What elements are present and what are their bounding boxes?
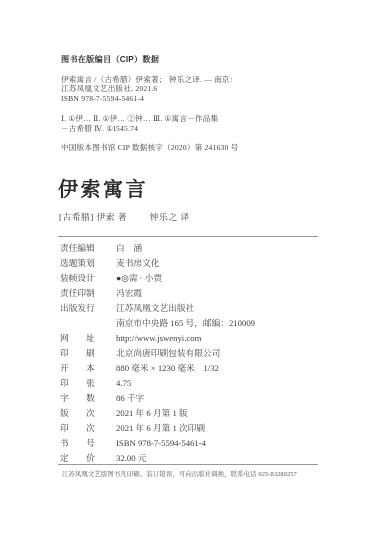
colophon-row-price: 定 价 32.00 元 (60, 450, 322, 465)
author-credit: [古希腊] 伊索 著 (59, 212, 127, 222)
colophon-row-format: 开 本 880 毫米 × 1230 毫米 1/32 (60, 360, 322, 375)
colophon-row-website: 网 址 http://www.jswenyi.com (60, 330, 322, 345)
colophon-row-label: 选题策划 (60, 257, 106, 269)
cip-line: ISBN 978-7-5594-5461-4 (61, 94, 325, 104)
colophon-row-value: http://www.jswenyi.com (116, 333, 201, 343)
colophon-row-value: 麦书房文化 (116, 257, 159, 269)
colophon-row-planning: 选题策划 麦书房文化 (60, 255, 322, 270)
colophon-row-value: ●◎需 · 小贾 (116, 272, 162, 284)
colophon-row-sheets: 印 张 4.75 (60, 375, 322, 390)
colophon-row-value: 2021 年 6 月第 1 次印刷 (116, 422, 205, 434)
cip-header: 图书在版编目（CIP）数据 (61, 55, 325, 65)
colophon-row-value: 白 涵 (116, 242, 142, 254)
colophon-row-value: ISBN 978-7-5594-5461-4 (116, 438, 206, 448)
cip-record-number: 中国版本图书馆 CIP 数据核字（2020）第 241630 号 (61, 143, 325, 153)
colophon-row-print-supervisor: 责任印制 冯宏霞 (60, 285, 322, 300)
colophon-row-printer: 印 刷 北京尚唐印刷包装有限公司 (60, 345, 322, 360)
colophon-row-wordcount: 字 数 86 千字 (60, 390, 322, 405)
cip-classification-line: －古希腊 Ⅳ. ①I545.74 (61, 124, 325, 134)
cip-classification: Ⅰ. ①伊… Ⅱ. ①伊… ②钟… Ⅲ. ①寓言－作品集 －古希腊 Ⅳ. ①I5… (61, 114, 325, 133)
divider-top (58, 236, 318, 237)
colophon-row-label: 版 次 (60, 407, 106, 419)
byline: [古希腊] 伊索 著 钟乐之 译 (59, 210, 190, 223)
colophon-row-value: 880 毫米 × 1230 毫米 1/32 (116, 362, 219, 374)
colophon-row-label: 印 刷 (60, 347, 106, 359)
colophon-row-value: 2021 年 6 月第 1 版 (116, 407, 188, 419)
colophon-row-isbn: 书 号 ISBN 978-7-5594-5461-4 (60, 435, 322, 450)
colophon-row-label: 定 价 (60, 452, 106, 464)
colophon-row-label: 网 址 (60, 332, 106, 344)
book-title: 伊索寓言 (58, 173, 148, 202)
colophon-row-label: 书 号 (60, 437, 106, 449)
colophon-row-label: 字 数 (60, 392, 106, 404)
colophon-row-value: 32.00 元 (116, 452, 146, 464)
colophon-row-design: 装帧设计 ●◎需 · 小贾 (60, 270, 322, 285)
cip-block: 图书在版编目（CIP）数据 伊索寓言 /（古希腊）伊索著； 钟乐之译. — 南京… (61, 55, 325, 153)
errata-notice: 江苏凤凰文艺版图书凡印刷、装订错误，可向出版社调换，联系电话 025-83280… (62, 469, 324, 478)
colophon-row-value: 江苏凤凰文艺出版社 (116, 302, 194, 314)
colophon-row-value: 86 千字 (116, 392, 144, 404)
colophon-table: 责任编辑 白 涵 选题策划 麦书房文化 装帧设计 ●◎需 · 小贾 责任印制 冯… (60, 240, 322, 465)
cip-line: 伊索寓言 /（古希腊）伊索著； 钟乐之译. — 南京： (61, 75, 325, 85)
colophon-row-label: 装帧设计 (60, 272, 106, 284)
translator-credit: 钟乐之 译 (150, 212, 190, 222)
colophon-row-label: 开 本 (60, 362, 106, 374)
cip-classification-line: Ⅰ. ①伊… Ⅱ. ①伊… ②钟… Ⅲ. ①寓言－作品集 (61, 114, 325, 124)
colophon-row-label: 出版发行 (60, 302, 106, 314)
colophon-row-label: 责任编辑 (60, 242, 106, 254)
colophon-row-label: 印 张 (60, 377, 106, 389)
cip-line: 江苏凤凰文艺出版社, 2021.6 (61, 84, 325, 94)
colophon-row-value: 4.75 (116, 378, 131, 388)
cip-bibliographic-info: 伊索寓言 /（古希腊）伊索著； 钟乐之译. — 南京： 江苏凤凰文艺出版社, 2… (61, 75, 325, 104)
colophon-row-label: 印 次 (60, 422, 106, 434)
colophon-row-value: 冯宏霞 (116, 287, 142, 299)
colophon-row-value: 北京尚唐印刷包装有限公司 (116, 347, 220, 359)
colophon-row-edition: 版 次 2021 年 6 月第 1 版 (60, 405, 322, 420)
colophon-row-publisher: 出版发行 江苏凤凰文艺出版社 (60, 300, 322, 315)
divider-bottom (58, 464, 318, 465)
copyright-page: 图书在版编目（CIP）数据 伊索寓言 /（古希腊）伊索著； 钟乐之译. — 南京… (0, 0, 375, 536)
colophon-row-editor: 责任编辑 白 涵 (60, 240, 322, 255)
colophon-row-printing: 印 次 2021 年 6 月第 1 次印刷 (60, 420, 322, 435)
publisher-address: 南京市中央路 165 号，邮编：210009 (60, 315, 322, 330)
colophon-row-label: 责任印制 (60, 287, 106, 299)
